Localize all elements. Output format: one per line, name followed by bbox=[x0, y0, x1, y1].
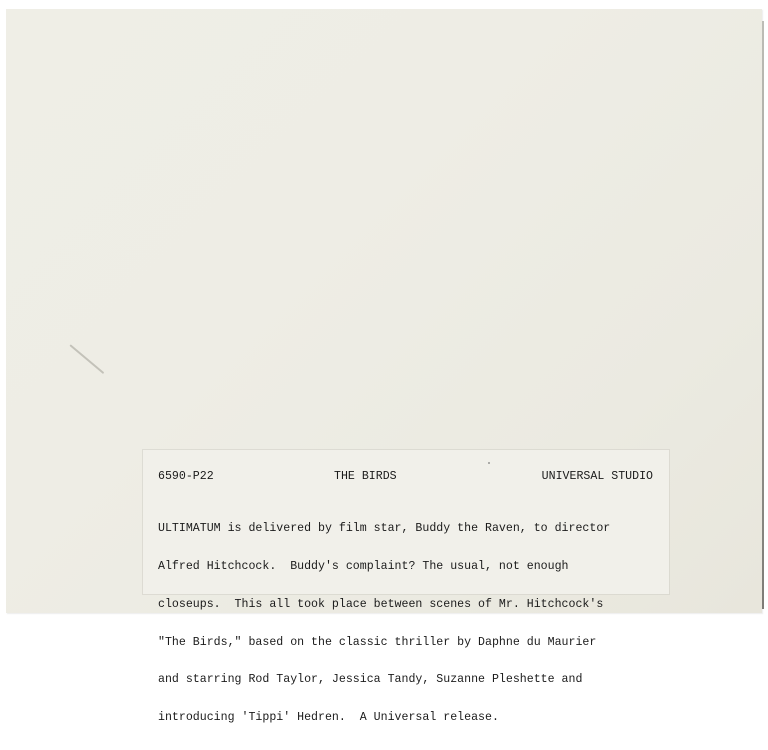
caption-header: 6590-P22 THE BIRDS UNIVERSAL STUDIO bbox=[158, 470, 653, 486]
caption-line: ULTIMATUM is delivered by film star, Bud… bbox=[158, 523, 663, 536]
caption-line: Alfred Hitchcock. Buddy's complaint? The… bbox=[158, 561, 663, 574]
caption-line: closeups. This all took place between sc… bbox=[158, 599, 663, 612]
paper-crease-mark bbox=[69, 344, 104, 374]
photo-back-card: 6590-P22 THE BIRDS UNIVERSAL STUDIO ULTI… bbox=[6, 9, 762, 613]
caption-studio: UNIVERSAL STUDIO bbox=[542, 470, 653, 483]
paper-speck bbox=[488, 462, 490, 464]
caption-slip: 6590-P22 THE BIRDS UNIVERSAL STUDIO ULTI… bbox=[143, 450, 669, 594]
caption-body: ULTIMATUM is delivered by film star, Bud… bbox=[158, 498, 663, 624]
caption-title: THE BIRDS bbox=[334, 470, 397, 483]
caption-code: 6590-P22 bbox=[158, 470, 214, 483]
